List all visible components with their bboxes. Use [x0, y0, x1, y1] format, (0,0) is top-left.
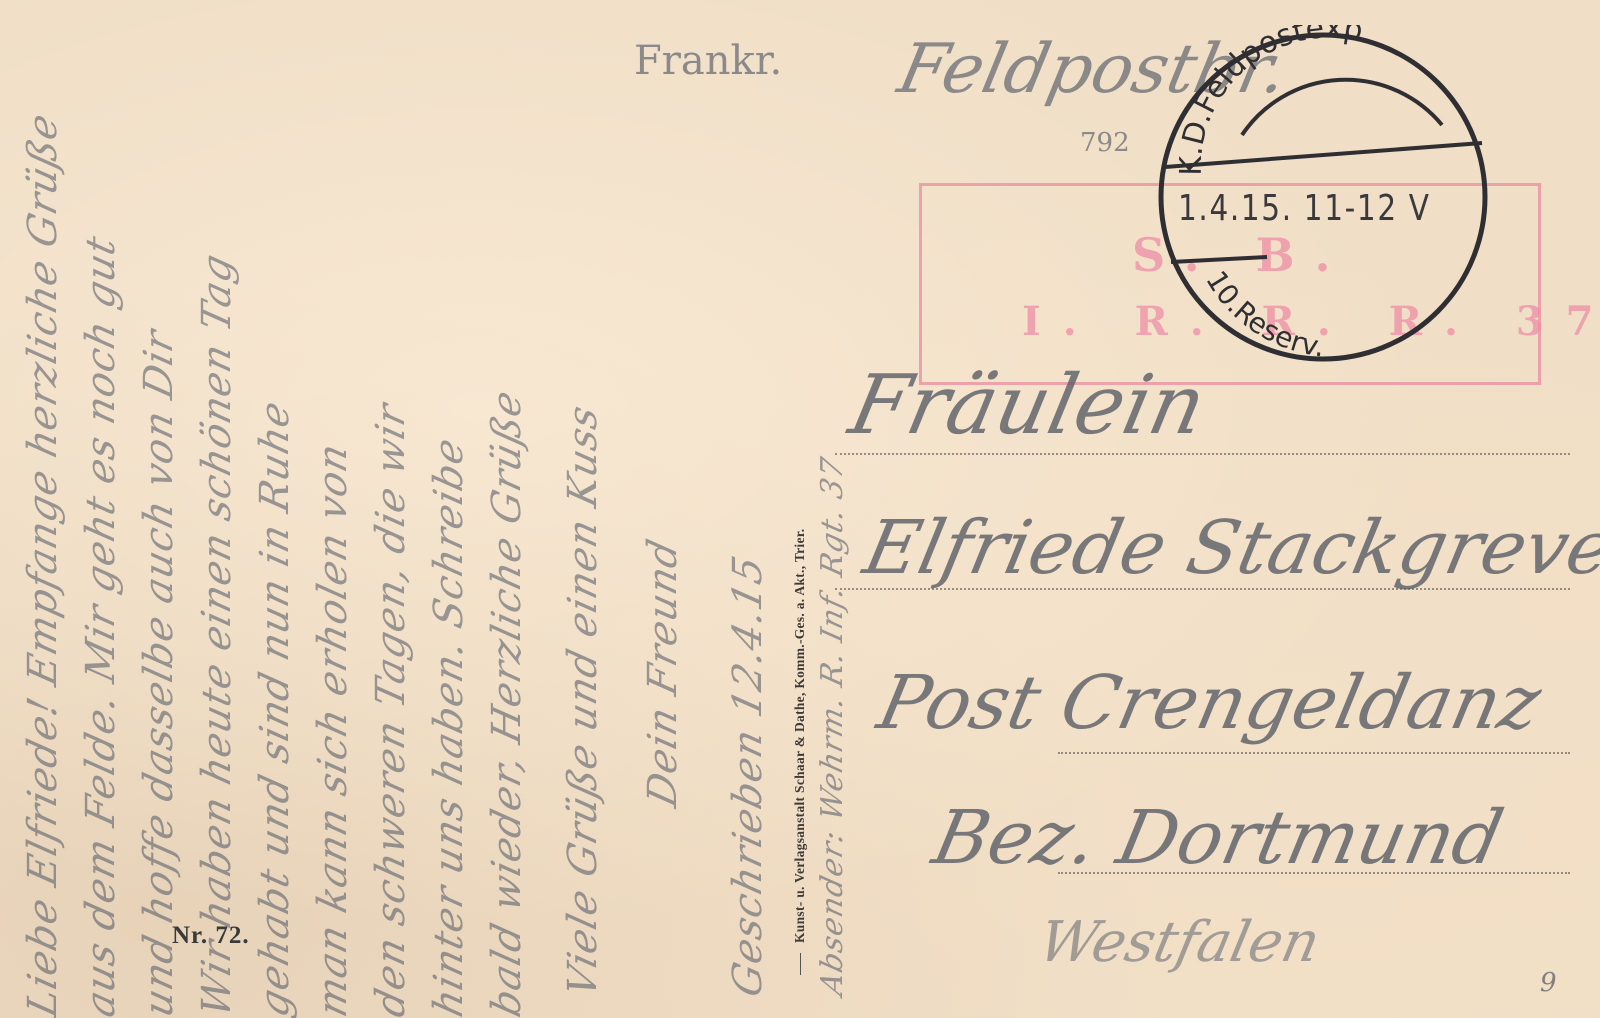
pencil-note-number: 792	[1080, 128, 1130, 158]
series-number: Nr. 72.	[172, 922, 250, 950]
address-recipient-name: Elfriede Stackgreve	[857, 505, 1600, 591]
message-line: den schweren Tagen, die wir	[368, 399, 414, 1018]
message-line: aus dem Felde. Mir geht es noch gut	[78, 231, 124, 1018]
message-line: Liebe Elfriede! Empfange herzliche Grüße	[20, 108, 66, 1018]
message-line: Absender: Wehrm. R. Inf. Rgt. 37	[815, 453, 850, 998]
address-district: Bez. Dortmund	[926, 795, 1510, 881]
handwritten-message: Liebe Elfriede! Empfange herzliche Grüße…	[0, 0, 800, 1018]
message-line: Wir haben heute einen schönen Tag	[194, 249, 240, 1018]
message-line: Viele Grüße und einen Kuss	[560, 400, 606, 1001]
publisher-imprint: Kunst- u. Verlagsanstalt Schaar & Dathe,…	[792, 529, 808, 976]
address-post-office: Post Crengeldanz	[871, 660, 1548, 746]
address-dotted-line-3	[1058, 752, 1570, 754]
postcard: Liebe Elfriede! Empfange herzliche Grüße…	[0, 0, 1600, 1018]
message-line: hinter uns haben. Schreibe	[426, 433, 472, 1018]
message-line: Geschrieben 12.4.15	[725, 551, 771, 1002]
message-line: Dein Freund	[640, 534, 686, 811]
pencil-page-number: 9	[1540, 968, 1557, 998]
divider-line	[808, 120, 809, 980]
address-salutation: Fräulein	[842, 358, 1214, 453]
postmark-date: 1.4.15. 11-12 V	[1178, 188, 1431, 229]
message-line: bald wieder, Herzliche Grüße	[484, 385, 530, 1018]
message-line: man kann sich erholen von	[310, 438, 356, 1018]
address-dotted-line-1	[835, 453, 1570, 455]
message-line: und hoffe dasselbe auch von Dir	[136, 325, 182, 1018]
pencil-note-country: Frankr.	[634, 38, 782, 84]
message-line: gehabt und sind nun in Ruhe	[252, 396, 298, 1018]
address-province: Westfalen	[1033, 910, 1325, 975]
